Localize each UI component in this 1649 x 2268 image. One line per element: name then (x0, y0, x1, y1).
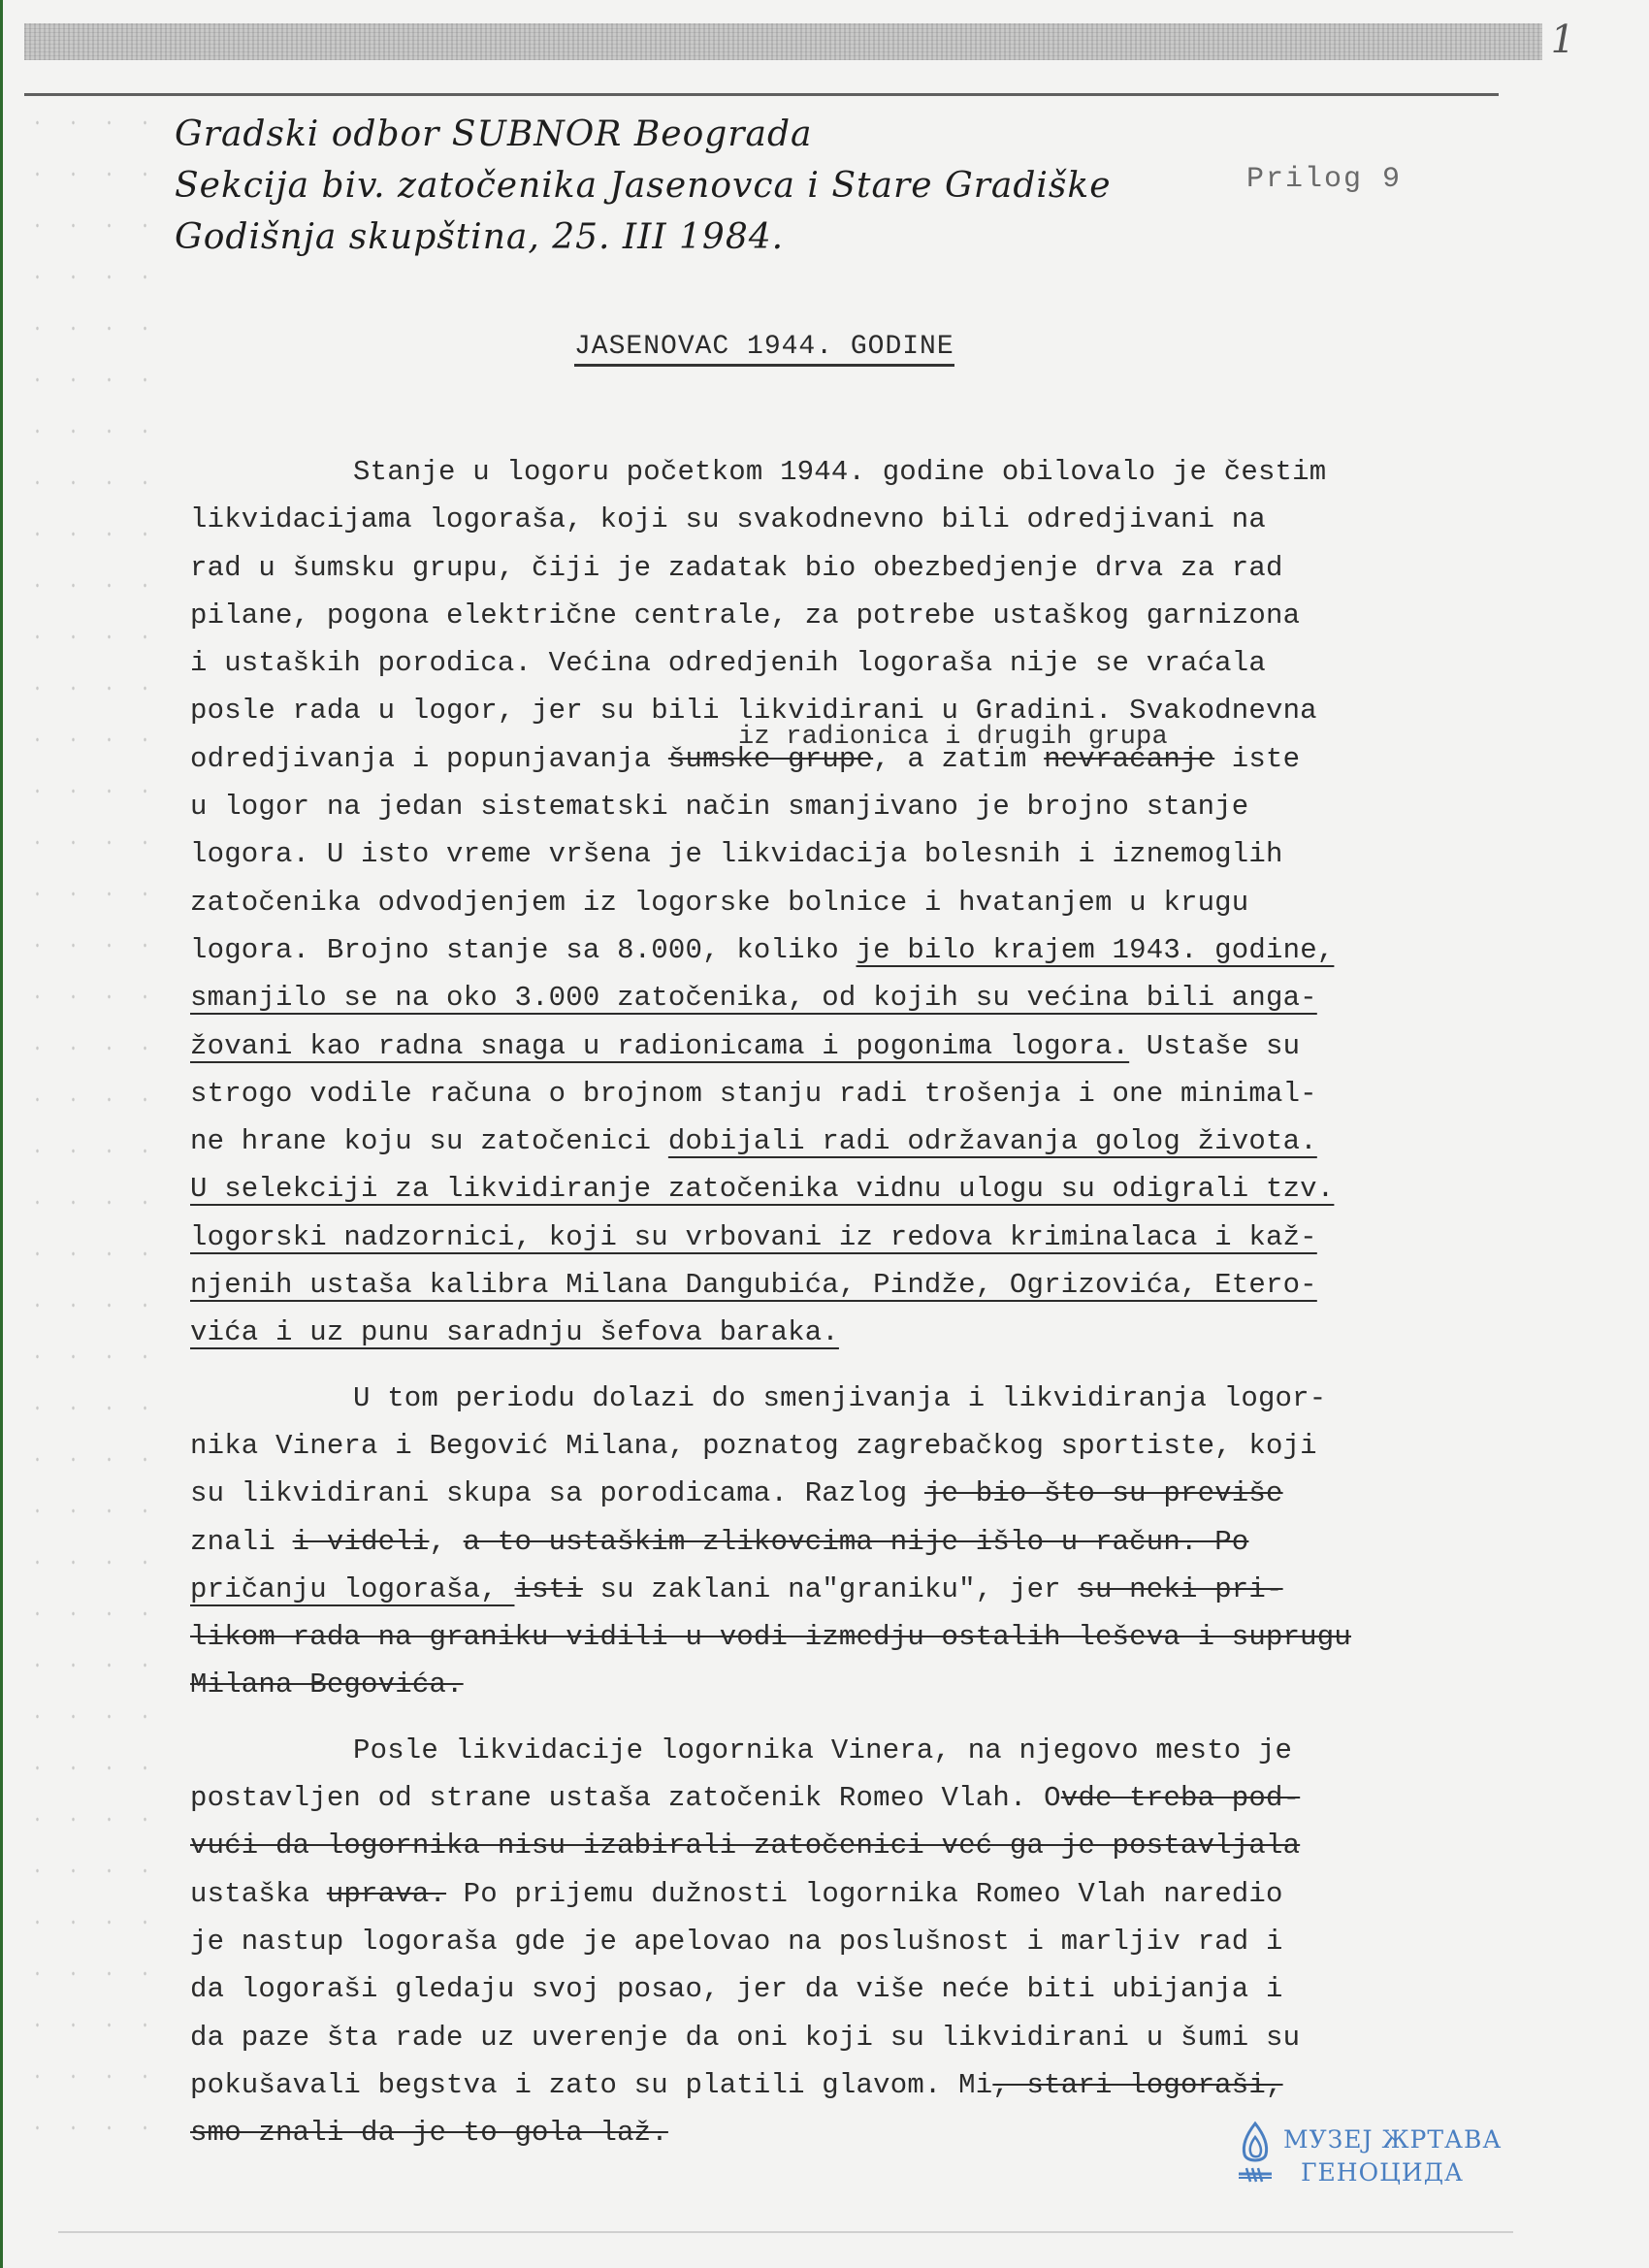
text-line: nika Vinera i Begović Milana, poznatog z… (190, 1422, 1490, 1470)
text-segment: zatočenika odvodjenjem iz logorske bolni… (190, 887, 1248, 919)
text-segment: ne hrane koju su zatočenici (190, 1125, 668, 1157)
text-segment: pokušavali begstva i zato su platili gla… (190, 2069, 992, 2101)
text-line: vući da logornika nisu izabirali zatočen… (190, 1822, 1490, 1869)
struck-text: vde treba pod- (1061, 1782, 1300, 1814)
text-line: logora. U isto vreme vršena je likvidaci… (190, 830, 1490, 878)
text-line: pokušavali begstva i zato su platili gla… (190, 2061, 1490, 2109)
text-segment: nika Vinera i Begović Milana, poznatog z… (190, 1430, 1317, 1462)
underlined-text: U selekciji za likvidiranje zatočenika v… (190, 1173, 1334, 1205)
text-segment: da logoraši gledaju svoj posao, jer da v… (190, 1973, 1283, 2005)
text-line: vića i uz punu saradnju šefova baraka. (190, 1309, 1490, 1356)
document-title: JASENOVAC 1944. GODINE (574, 332, 954, 367)
text-line: zatočenika odvodjenjem iz logorske bolni… (190, 879, 1490, 926)
text-line: postavljen od strane ustaša zatočenik Ro… (190, 1774, 1490, 1822)
text-line: žovani kao radna snaga u radionicama i p… (190, 1022, 1490, 1070)
underlined-text: pričanju logoraša, (190, 1573, 514, 1605)
text-line: Milana Begovića. (190, 1661, 1490, 1708)
text-segment: je nastup logoraša gde je apelovao na po… (190, 1926, 1283, 1958)
text-segment: ustaška (190, 1878, 327, 1910)
underlined-text: smanjilo se na oko 3.000 zatočenika, od … (190, 982, 1317, 1014)
text-line: logora. Brojno stanje sa 8.000, koliko j… (190, 926, 1490, 974)
text-line: njenih ustaša kalibra Milana Dangubića, … (190, 1261, 1490, 1309)
underlined-text: vića i uz punu saradnju šefova baraka. (190, 1316, 839, 1348)
struck-text: likom rada na graniku vidili u vodi izme… (190, 1621, 1351, 1653)
flame-barbed-wire-icon (1237, 2120, 1274, 2187)
handwritten-header: Gradski odbor SUBNOR Beograda Sekcija bi… (175, 109, 1242, 263)
text-segment: Stanje u logoru početkom 1944. godine ob… (353, 456, 1326, 488)
handwritten-line: Godišnja skupština, 25. III 1984. (175, 211, 1242, 263)
text-segment: da paze šta rade uz uverenje da oni koji… (190, 2022, 1300, 2054)
struck-text: smo znali da je to gola laž. (190, 2117, 668, 2149)
text-segment: logora. U isto vreme vršena je likvidaci… (190, 838, 1283, 870)
text-segment: odredjivanja i popunjavanja (190, 743, 668, 775)
text-segment: Ustaše su (1129, 1030, 1300, 1062)
page-corner-mark: 1 (1546, 17, 1579, 62)
struck-text: uprava. (327, 1878, 446, 1910)
struck-text: Milana Begovića. (190, 1669, 464, 1701)
stamp-line-1: МУЗЕЈ ЖРТАВА (1283, 2123, 1502, 2156)
struck-text: i videli (293, 1526, 430, 1558)
text-segment: likvidacijama logoraša, koji su svakodne… (190, 503, 1266, 535)
text-line: ustaška uprava. Po prijemu dužnosti logo… (190, 1870, 1490, 1918)
underlined-text: dobijali radi održavanja golog života. (668, 1125, 1317, 1157)
text-segment: Posle likvidacije logornika Vinera, na n… (353, 1734, 1292, 1766)
text-segment: su likvidirani skupa sa porodicama. Razl… (190, 1477, 924, 1509)
struck-text: su neki pri- (1078, 1573, 1282, 1605)
text-line: likom rada na graniku vidili u vodi izme… (190, 1613, 1490, 1661)
text-segment: pilane, pogona električne centrale, za p… (190, 599, 1300, 632)
struck-text: je bio što su previše (924, 1477, 1283, 1509)
underlined-text: žovani kao radna snaga u radionicama i p… (190, 1030, 1129, 1062)
annex-label: Prilog 9 (1246, 163, 1402, 196)
struck-text: a to ustaškim zlikovcima nije išlo u rač… (464, 1526, 1249, 1558)
text-line: smanjilo se na oko 3.000 zatočenika, od … (190, 974, 1490, 1021)
underlined-text: logorski nadzornici, koji su vrbovani iz… (190, 1221, 1317, 1253)
underlined-text: njenih ustaša kalibra Milana Dangubića, … (190, 1269, 1317, 1301)
text-line: i ustaških porodica. Većina odredjenih l… (190, 639, 1490, 687)
interlinear-insertion: iz radionica i drugih grupa (738, 714, 1168, 761)
text-segment: U tom periodu dolazi do smenjivanja i li… (353, 1382, 1326, 1414)
text-line: logorski nadzornici, koji su vrbovani iz… (190, 1214, 1490, 1261)
text-line: pričanju logoraša, isti su zaklani na"gr… (190, 1566, 1490, 1613)
text-segment: su zaklani na"graniku", jer (583, 1573, 1078, 1605)
scan-edge (0, 0, 3, 2268)
text-segment: iste (1214, 743, 1300, 775)
text-line: znali i videli, a to ustaškim zlikovcima… (190, 1518, 1490, 1566)
text-line: ne hrane koju su zatočenici dobijali rad… (190, 1118, 1490, 1165)
handwritten-line: Gradski odbor SUBNOR Beograda (175, 109, 1242, 160)
text-segment: logora. Brojno stanje sa 8.000, koliko (190, 934, 857, 966)
text-segment: , (429, 1526, 463, 1558)
struck-text: isti (514, 1573, 582, 1605)
text-line: strogo vodile računa o brojnom stanju ra… (190, 1070, 1490, 1118)
text-line: su likvidirani skupa sa porodicama. Razl… (190, 1470, 1490, 1517)
text-segment: rad u šumsku grupu, čiji je zadatak bio … (190, 552, 1283, 584)
text-segment: znali (190, 1526, 293, 1558)
text-line: pilane, pogona električne centrale, za p… (190, 592, 1490, 639)
paragraph-gap (190, 1357, 1490, 1375)
text-line: U tom periodu dolazi do smenjivanja i li… (190, 1375, 1490, 1422)
scan-bottom-edge (58, 2231, 1513, 2233)
text-segment: u logor na jedan sistematski način smanj… (190, 791, 1248, 823)
text-line: da logoraši gledaju svoj posao, jer da v… (190, 1965, 1490, 2013)
text-line: odredjivanja i popunjavanja šumske grupe… (190, 735, 1490, 783)
text-segment: strogo vodile računa o brojnom stanju ra… (190, 1078, 1317, 1110)
text-segment: i ustaških porodica. Većina odredjenih l… (190, 647, 1266, 679)
document-body: Stanje u logoru početkom 1944. godine ob… (190, 448, 1490, 2156)
paragraph-gap (190, 1709, 1490, 1727)
underlined-text: je bilo krajem 1943. godine, (857, 934, 1335, 966)
text-line: rad u šumsku grupu, čiji je zadatak bio … (190, 544, 1490, 592)
text-segment: Po prijemu dužnosti logornika Romeo Vlah… (446, 1878, 1283, 1910)
text-line: Stanje u logoru početkom 1944. godine ob… (190, 448, 1490, 496)
struck-text: vući da logornika nisu izabirali zatočen… (190, 1830, 1300, 1862)
scan-top-band (24, 23, 1542, 60)
text-line: U selekciji za likvidiranje zatočenika v… (190, 1165, 1490, 1213)
struck-text: , stari logoraši, (992, 2069, 1282, 2101)
scan-noise (19, 97, 165, 2134)
stamp-line-2: ГЕНОЦИДА (1283, 2156, 1502, 2189)
text-line: u logor na jedan sistematski način smanj… (190, 783, 1490, 830)
text-line: Posle likvidacije logornika Vinera, na n… (190, 1727, 1490, 1774)
text-line: da paze šta rade uz uverenje da oni koji… (190, 2014, 1490, 2061)
text-segment: postavljen od strane ustaša zatočenik Ro… (190, 1782, 1061, 1814)
text-line: je nastup logoraša gde je apelovao na po… (190, 1918, 1490, 1965)
handwritten-line: Sekcija biv. zatočenika Jasenovca i Star… (175, 160, 1242, 211)
text-line: likvidacijama logoraša, koji su svakodne… (190, 496, 1490, 543)
top-rule (24, 93, 1499, 96)
